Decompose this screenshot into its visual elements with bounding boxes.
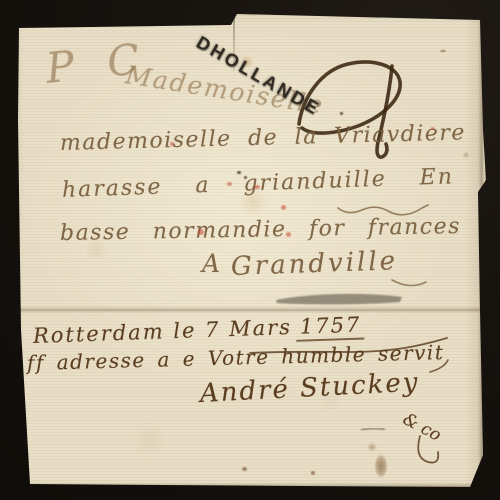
wax-speck: [281, 205, 286, 210]
paper-speck: [440, 50, 446, 52]
horizontal-fold-crease: [18, 306, 486, 314]
right-fold-edge: [478, 18, 487, 488]
wax-speck: [431, 127, 434, 130]
ink-speck: [340, 112, 343, 115]
ink-speck: [244, 176, 247, 179]
bottom-edge-shadow: [18, 483, 486, 489]
wax-speck: [170, 142, 174, 146]
paper-speck: [242, 467, 247, 471]
wax-speck: [286, 232, 291, 237]
wax-speck: [254, 185, 260, 189]
wax-speck: [198, 229, 204, 235]
age-stains: [0, 0, 500, 500]
ink-speck: [237, 171, 241, 174]
letter-sheet: P C Mademoiselle DHOLLANDE 4 mademoisell…: [0, 0, 500, 500]
wax-speck: [227, 182, 232, 186]
paper-speck: [311, 471, 315, 475]
photo-of-1757-entire-letter: P C Mademoiselle DHOLLANDE 4 mademoisell…: [0, 0, 500, 500]
vertical-fold-crease: [233, 13, 235, 81]
